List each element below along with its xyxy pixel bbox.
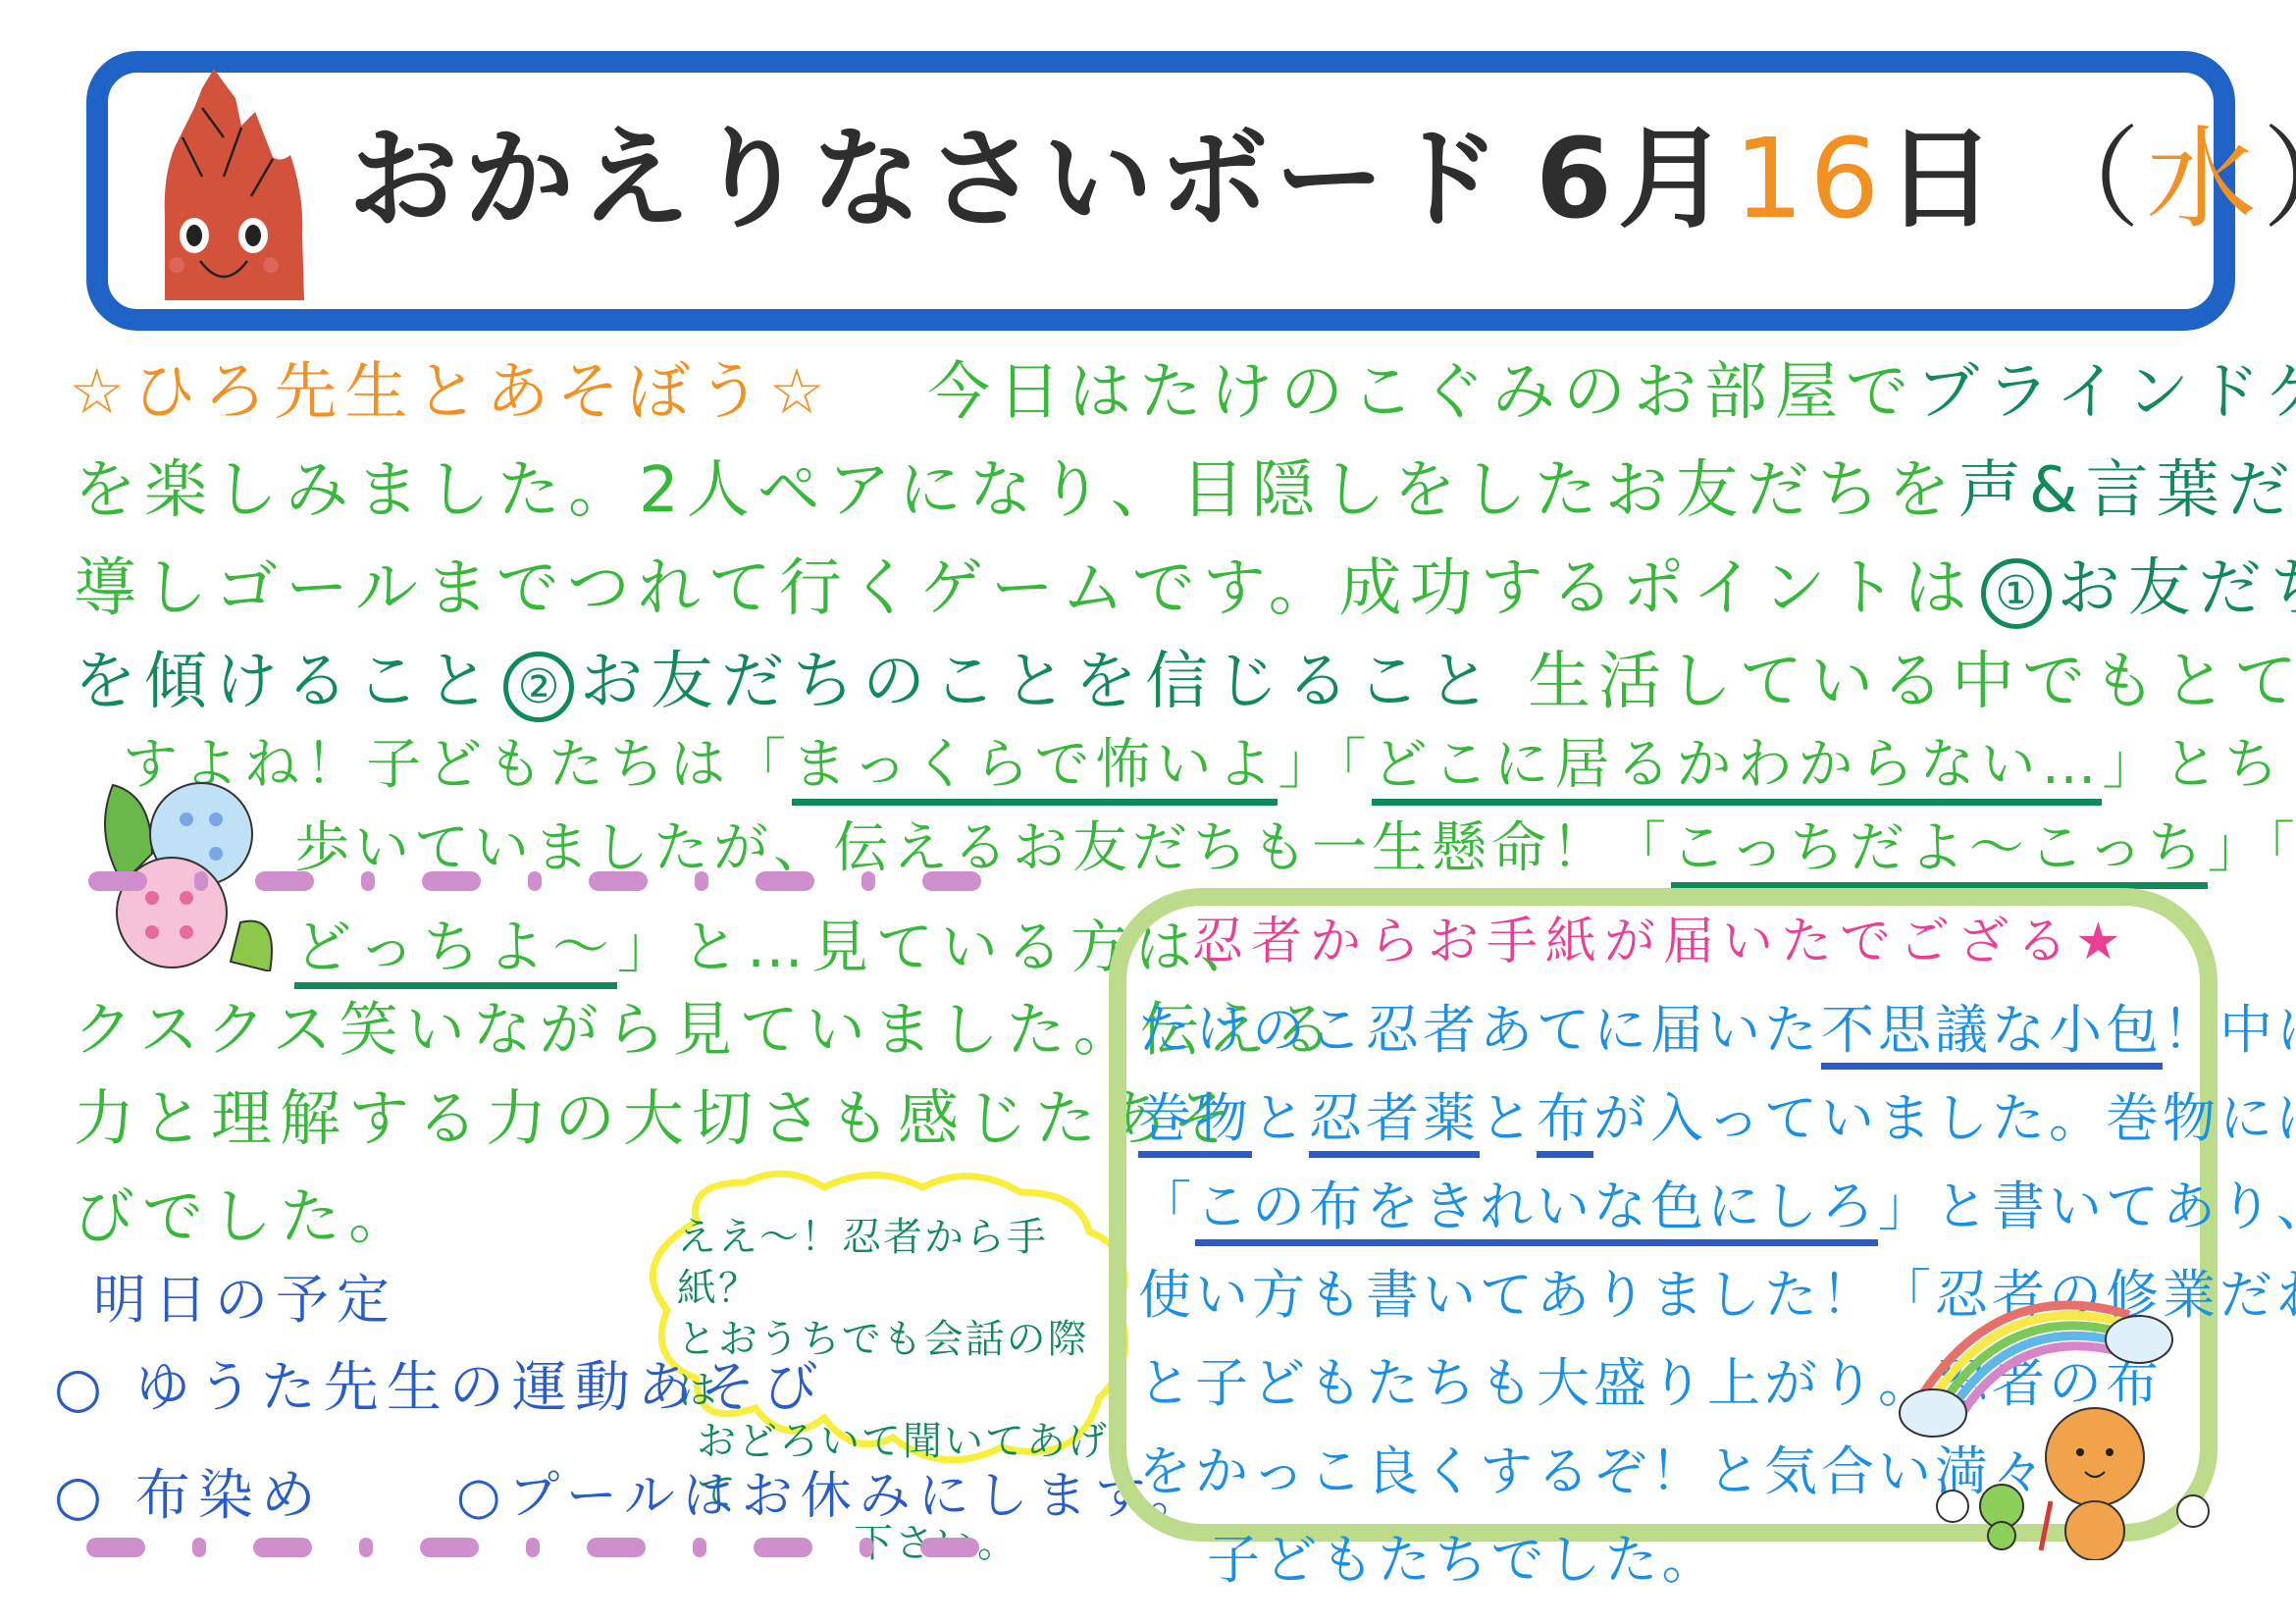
- decorative-dash-band-top: [88, 871, 1028, 891]
- report-line-3: 導しゴールまでつれて行くゲームです。成功するポイントは①お友だちの言葉に耳: [74, 550, 2296, 629]
- rainbow-dog-illustration: [1894, 1266, 2218, 1560]
- ninja-heading: 忍者からお手紙が届いたでござる★: [1192, 903, 2129, 981]
- report-heading: ☆ひろ先生とあそぼう☆: [69, 353, 833, 432]
- dog-character-icon: [2046, 1408, 2144, 1560]
- schedule-item-2: ○ 布染め: [54, 1457, 324, 1536]
- report-line-10: びでした。: [74, 1178, 417, 1256]
- bullet-circle-icon: ○: [54, 1464, 110, 1528]
- decorative-dash-band-bottom: [86, 1538, 1026, 1557]
- schedule-item-1: ○ ゆうた先生の運動あそび: [54, 1349, 826, 1428]
- report-line-1: 今日はたけのこぐみのお部屋でブラインドゲーム: [927, 353, 2296, 432]
- cloud-icon: [2106, 1316, 2172, 1363]
- report-line-9: 力と理解する力の大切さも感じたあそ: [74, 1079, 1241, 1158]
- ninja-line-1: たけのこ忍者あてに届いた不思議な小包！中には: [1138, 986, 2296, 1074]
- bamboo-shoot-mascot-icon: [126, 69, 308, 300]
- title-month: 6月: [1536, 116, 1734, 243]
- teru-teru-bozu-icon: [1937, 1491, 1968, 1522]
- title-main: おかえりなさいボード: [348, 116, 1506, 243]
- paren-close: ）: [2262, 116, 2296, 243]
- circled-two-icon: ②: [503, 652, 574, 722]
- title-weekday: 水: [2146, 116, 2262, 243]
- schedule-heading: 明日の予定: [93, 1261, 397, 1339]
- bullet-circle-icon: ○: [54, 1356, 110, 1420]
- teru-teru-bozu-icon: [2177, 1495, 2209, 1527]
- report-line-4: を傾けること②お友だちのことを信じること生活している中でもとても大切なことで: [74, 643, 2296, 722]
- title-day-suffix: 日: [1885, 116, 2001, 243]
- circled-one-icon: ①: [1981, 558, 2052, 629]
- ninja-line-3: 「この布をきれいな色にしろ」と書いてあり、忍者薬の: [1138, 1163, 2296, 1251]
- report-line-5: すよね！子どもたちは「まっくらで怖いよ」「どこに居るかわからない…」とちょこちょ…: [123, 726, 2296, 805]
- cloud-icon: [1900, 1389, 1966, 1437]
- ninja-line-2: 巻物と忍者薬と布が入っていました。巻物には、: [1138, 1074, 2296, 1163]
- star-icon: ★: [2075, 913, 2129, 971]
- frog-character-icon: [1980, 1485, 2023, 1549]
- paren-open: （: [2030, 116, 2146, 243]
- title-day: 16: [1734, 116, 1886, 243]
- report-line-2: を楽しみました。2人ペアになり、目隠しをしたお友だちを声&言葉だけで誘: [74, 451, 2296, 530]
- page-title: おかえりなさいボード6月16日（水）: [348, 116, 2296, 243]
- schedule-item-3: ○プールはお休みにします。: [456, 1457, 1209, 1536]
- bullet-circle-icon: ○: [456, 1467, 508, 1526]
- umbrella-icon: [2041, 1501, 2051, 1550]
